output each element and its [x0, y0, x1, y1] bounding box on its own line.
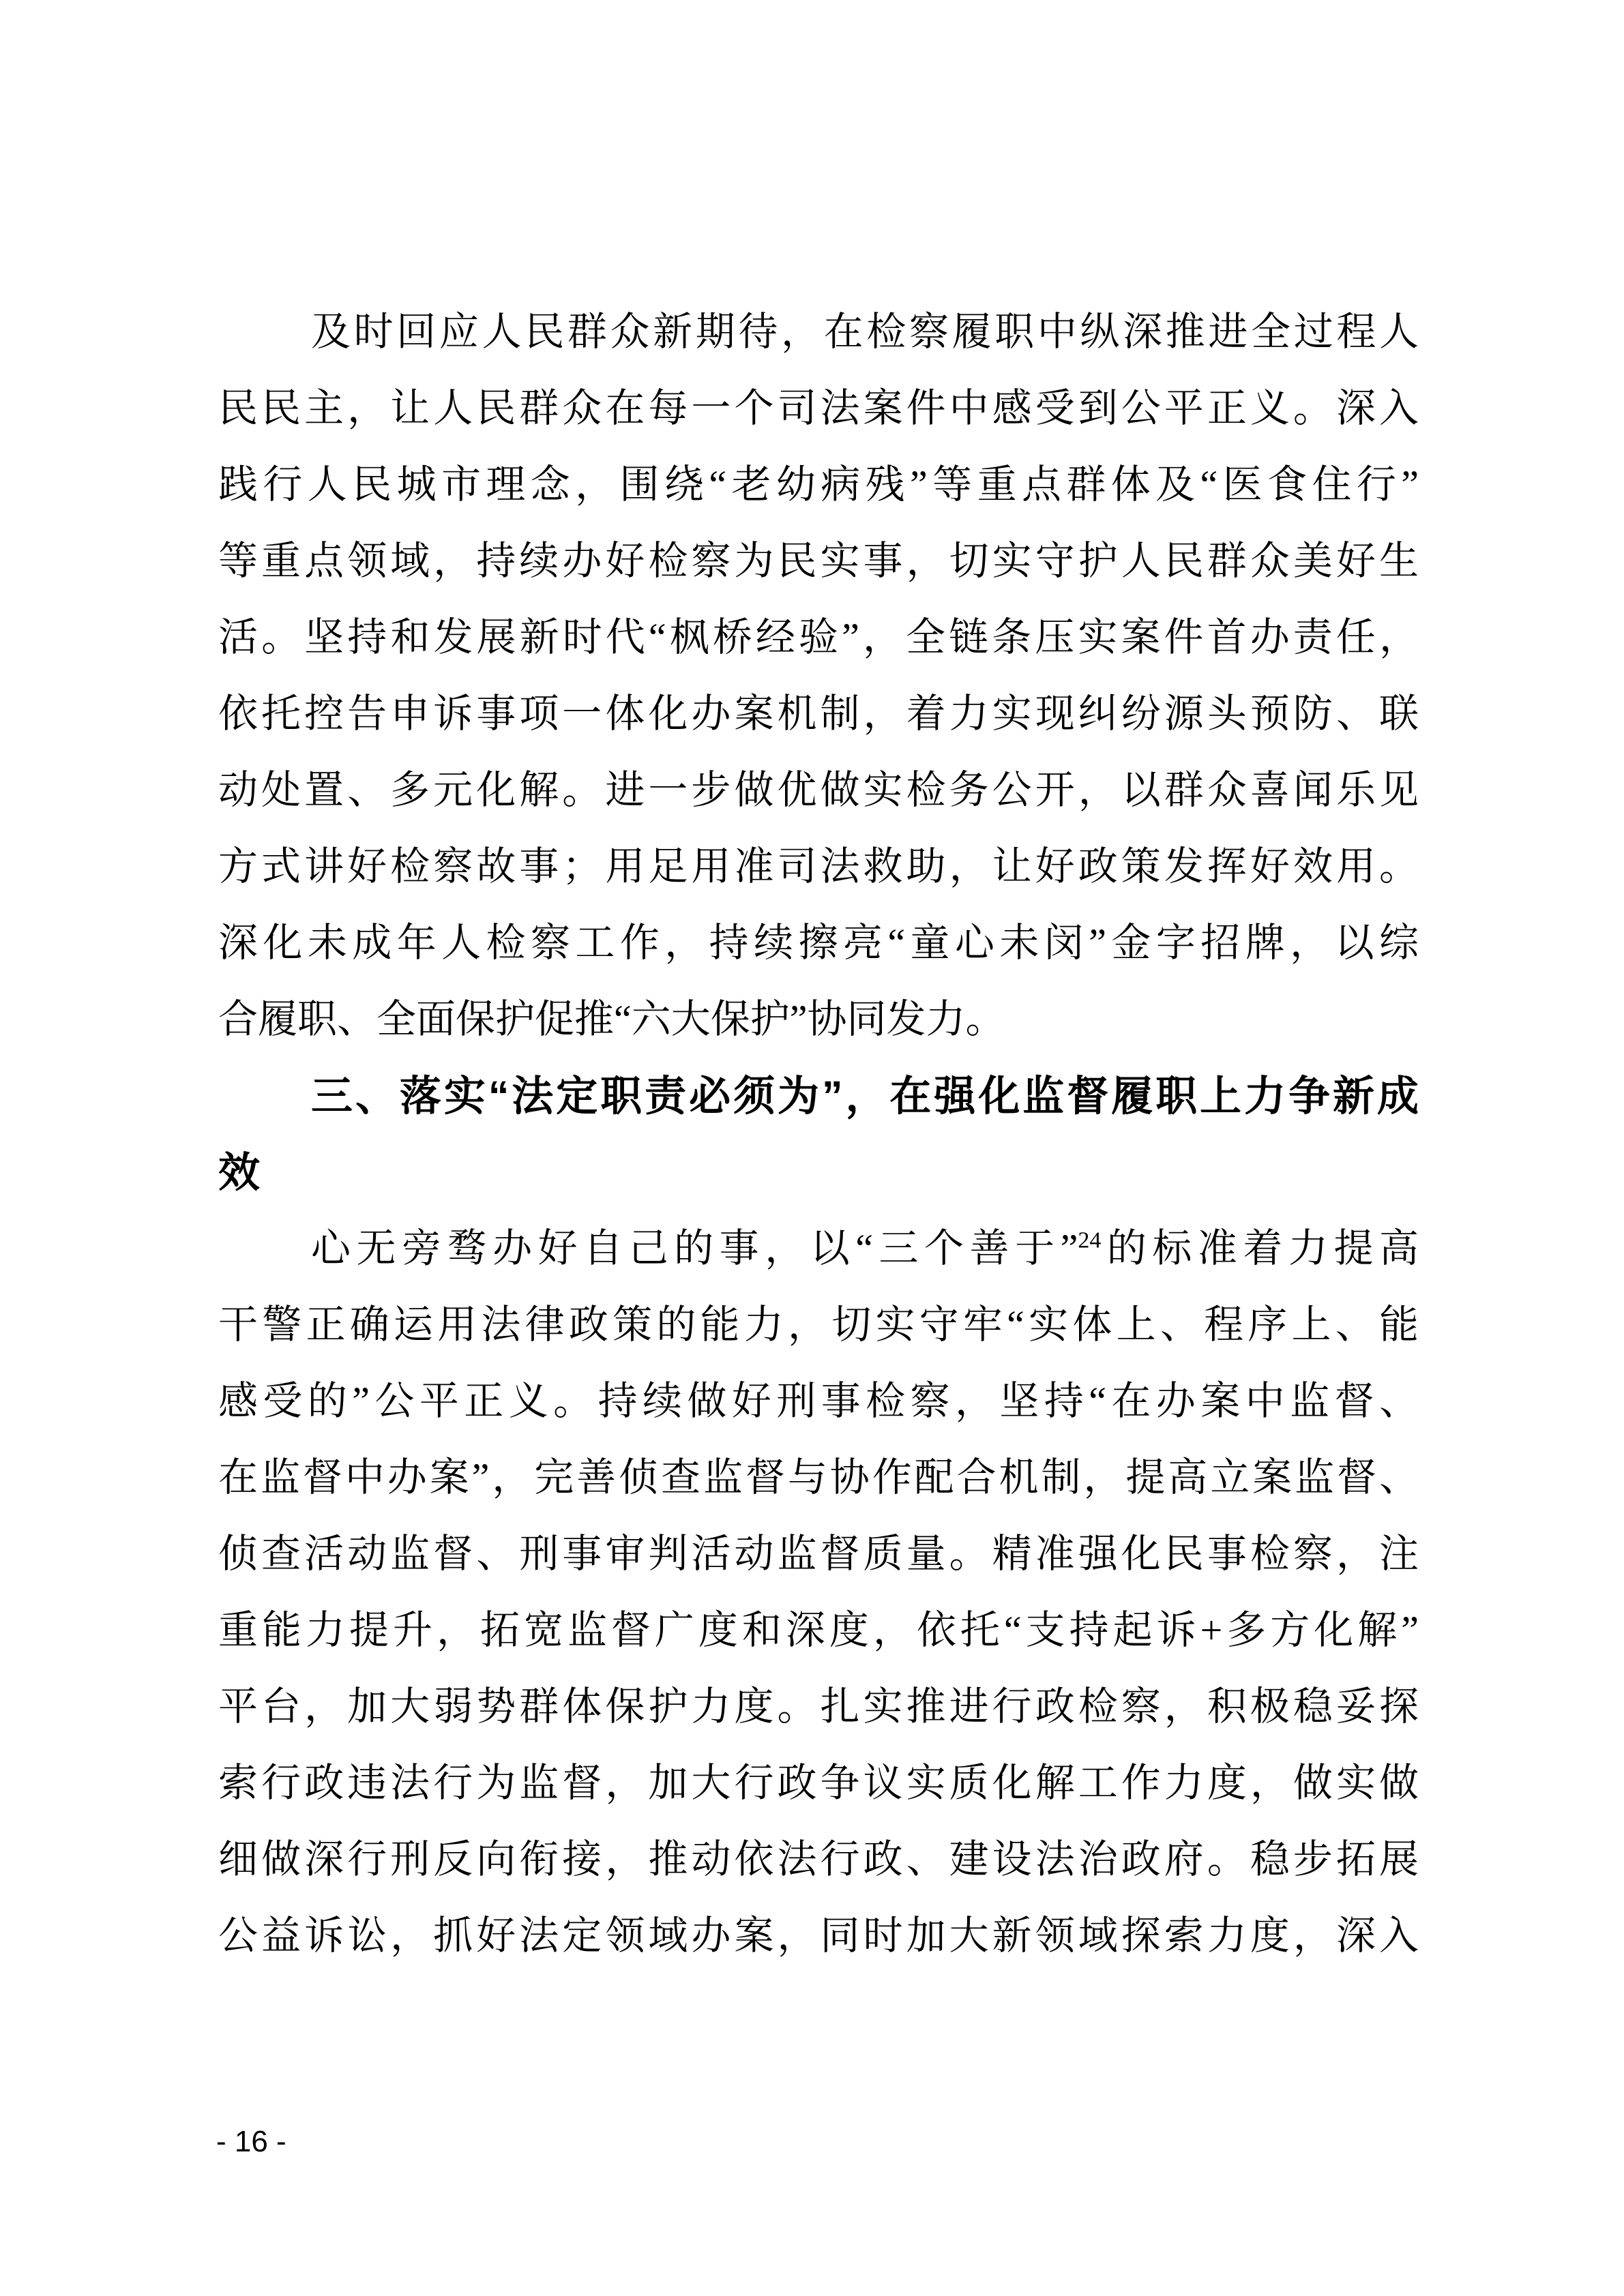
body-text-segment: 心无旁骛办好自己的事，以“三个善于” [311, 1226, 1078, 1270]
body-line: 平台，加大弱势群体保护力度。扎实推进行政检察，积极稳妥探 [218, 1669, 1419, 1745]
text-block: 及时回应人民群众新期待，在检察履职中纵深推进全过程人 民民主，让人民群众在每一个… [218, 294, 1419, 1974]
body-line: 感受的”公平正义。持续做好刑事检察，坚持“在办案中监督、 [218, 1363, 1419, 1440]
body-line: 索行政违法行为监督，加大行政争议实质化解工作力度，做实做 [218, 1745, 1419, 1821]
body-line: 深化未成年人检察工作，持续擦亮“童心未闵”金字招牌，以综 [218, 905, 1419, 981]
body-line: 干警正确运用法律政策的能力，切实守牢“实体上、程序上、能 [218, 1287, 1419, 1363]
section-heading-line: 三、落实“法定职责必须为”，在强化监督履职上力争新成 [218, 1058, 1419, 1134]
body-line: 侦查活动监督、刑事审判活动监督质量。精准强化民事检察，注 [218, 1516, 1419, 1592]
page-number: - 16 - [216, 2125, 286, 2159]
body-line: 细做深行刑反向衔接，推动依法行政、建设法治政府。稳步拓展 [218, 1821, 1419, 1898]
body-line: 活。坚持和发展新时代“枫桥经验”，全链条压实案件首办责任， [218, 599, 1419, 676]
body-line: 方式讲好检察故事；用足用准司法救助，让好政策发挥好效用。 [218, 829, 1419, 905]
body-line: 等重点领域，持续办好检察为民实事，切实守护人民群众美好生 [218, 523, 1419, 599]
body-line: 动处置、多元化解。进一步做优做实检务公开，以群众喜闻乐见 [218, 752, 1419, 829]
body-line-with-footnote: 心无旁骛办好自己的事，以“三个善于”24的标准着力提高 [218, 1210, 1419, 1287]
footnote-reference: 24 [1078, 1228, 1101, 1253]
body-line: 合履职、全面保护促推“六大保护”协同发力。 [218, 981, 1419, 1058]
body-line: 民民主，让人民群众在每一个司法案件中感受到公平正义。深入 [218, 370, 1419, 447]
section-heading-line: 效 [218, 1134, 1419, 1210]
body-text-segment: 的标准着力提高 [1101, 1226, 1419, 1270]
body-line: 依托控告申诉事项一体化办案机制，着力实现纠纷源头预防、联 [218, 676, 1419, 752]
body-line: 及时回应人民群众新期待，在检察履职中纵深推进全过程人 [218, 294, 1419, 370]
document-page: 及时回应人民群众新期待，在检察履职中纵深推进全过程人 民民主，让人民群众在每一个… [0, 0, 1624, 2296]
body-line: 在监督中办案”，完善侦查监督与协作配合机制，提高立案监督、 [218, 1440, 1419, 1516]
body-line: 公益诉讼，抓好法定领域办案，同时加大新领域探索力度，深入 [218, 1898, 1419, 1974]
body-line: 重能力提升，拓宽监督广度和深度，依托“支持起诉+多方化解” [218, 1592, 1419, 1669]
body-line: 践行人民城市理念，围绕“老幼病残”等重点群体及“医食住行” [218, 447, 1419, 523]
